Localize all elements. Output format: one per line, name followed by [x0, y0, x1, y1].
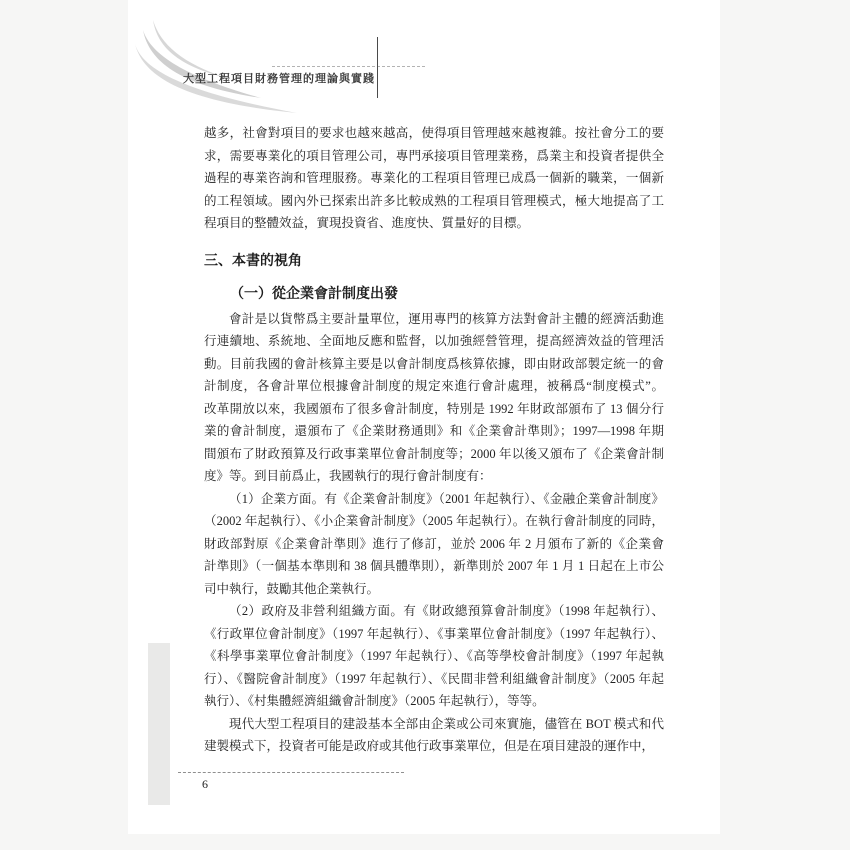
text-line: （1）企業方面。有《企業會計制度》（2001 年起執行）、《金融企業會計制度》 [204, 488, 664, 511]
page-edge-shading [148, 643, 170, 805]
text-line: 業的會計制度，還頒布了《企業財務通則》和《企業會計準則》；1997—1998 年… [204, 420, 664, 443]
text-line: 財政部對原《企業會計準則》進行了修訂，並於 2006 年 2 月頒布了新的《企業… [204, 533, 664, 556]
book-page: 大型工程項目財務管理的理論與實踐 越多，社會對項目的要求也越來越高，使得項目管理… [128, 0, 720, 834]
text-line: 現代大型工程項目的建設基本全部由企業或公司來實施，儘管在 BOT 模式和代 [204, 713, 664, 736]
text-line: 行連續地、系統地、全面地反應和監督，以加強經營管理，提高經濟效益的管理活 [204, 330, 664, 353]
paragraph: 現代大型工程項目的建設基本全部由企業或公司來實施，儘管在 BOT 模式和代建製模… [204, 713, 664, 758]
text-line: 會計是以貨幣爲主要計量單位，運用專門的核算方法對會計主體的經濟活動進 [204, 308, 664, 331]
header-dashed-rule [272, 66, 425, 67]
text-line: 行）、《醫院會計制度》（1997 年起執行）、《民間非營利組織會計制度》（200… [204, 668, 664, 691]
page-number: 6 [202, 777, 208, 792]
screenshot-root: { "page": { "header": { "book_title": "大… [0, 0, 850, 850]
text-line: 改革開放以來，我國頒布了很多會計制度，特別是 1992 年財政部頒布了 13 個… [204, 398, 664, 421]
swoosh-ornament-icon [135, 20, 303, 115]
section-heading: 三、本書的視角 [204, 249, 664, 272]
text-line: 《行政單位會計制度》（1997 年起執行）、《事業單位會計制度》（1997 年起… [204, 623, 664, 646]
text-line: 執行）、《村集體經濟組織會計制度》（2005 年起執行），等等。 [204, 690, 664, 713]
paragraph: （1）企業方面。有《企業會計制度》（2001 年起執行）、《金融企業會計制度》（… [204, 488, 664, 601]
text-line: 越多，社會對項目的要求也越來越高，使得項目管理越來越複雜。按社會分工的要 [204, 122, 664, 145]
text-line: （2）政府及非營利組織方面。有《財政總預算會計制度》（1998 年起執行）、 [204, 600, 664, 623]
text-line: 建製模式下，投資者可能是政府或其他行政事業單位，但是在項目建設的運作中， [204, 735, 664, 758]
text-line: 《科學事業單位會計制度》（1997 年起執行）、《高等學校會計制度》（1997 … [204, 645, 664, 668]
running-title: 大型工程項目財務管理的理論與實踐 [183, 70, 375, 86]
text-line: 過程的專業咨詢和管理服務。專業化的工程項目管理已成爲一個新的職業，一個新 [204, 167, 664, 190]
header-vertical-rule [377, 37, 378, 98]
paragraph: 越多，社會對項目的要求也越來越高，使得項目管理越來越複雜。按社會分工的要求，需要… [204, 122, 664, 235]
text-line: 計制度，各會計單位根據會計制度的規定來進行會計處理，被稱爲“制度模式”。 [204, 375, 664, 398]
text-line: 動。目前我國的會計核算主要是以會計制度爲核算依據，即由財政部製定統一的會 [204, 353, 664, 376]
footer-dashed-rule [178, 772, 404, 773]
text-line: 度》等。到目前爲止，我國執行的現行會計制度有： [204, 465, 664, 488]
text-line: 的工程領域。國內外已探索出許多比較成熟的工程項目管理模式，極大地提高了工 [204, 190, 664, 213]
text-line: 司中執行，鼓勵其他企業執行。 [204, 578, 664, 601]
paragraph: （2）政府及非營利組織方面。有《財政總預算會計制度》（1998 年起執行）、《行… [204, 600, 664, 713]
page-body: 越多，社會對項目的要求也越來越高，使得項目管理越來越複雜。按社會分工的要求，需要… [204, 122, 664, 758]
paragraph: 會計是以貨幣爲主要計量單位，運用專門的核算方法對會計主體的經濟活動進行連續地、系… [204, 308, 664, 488]
text-line: 間頒布了財政預算及行政事業單位會計制度等；2000 年以後又頒布了《企業會計制 [204, 443, 664, 466]
text-line: 程項目的整體效益，實現投資省、進度快、質量好的目標。 [204, 212, 664, 235]
text-line: 求，需要專業化的項目管理公司，專門承接項目管理業務，爲業主和投資者提供全 [204, 145, 664, 168]
text-line: 計準則》（一個基本準則和 38 個具體準則），新準則於 2007 年 1 月 1… [204, 555, 664, 578]
text-line: （2002 年起執行）、《小企業會計制度》（2005 年起執行）。在執行會計制度… [204, 510, 664, 533]
subsection-heading: （一）從企業會計制度出發 [230, 282, 664, 305]
